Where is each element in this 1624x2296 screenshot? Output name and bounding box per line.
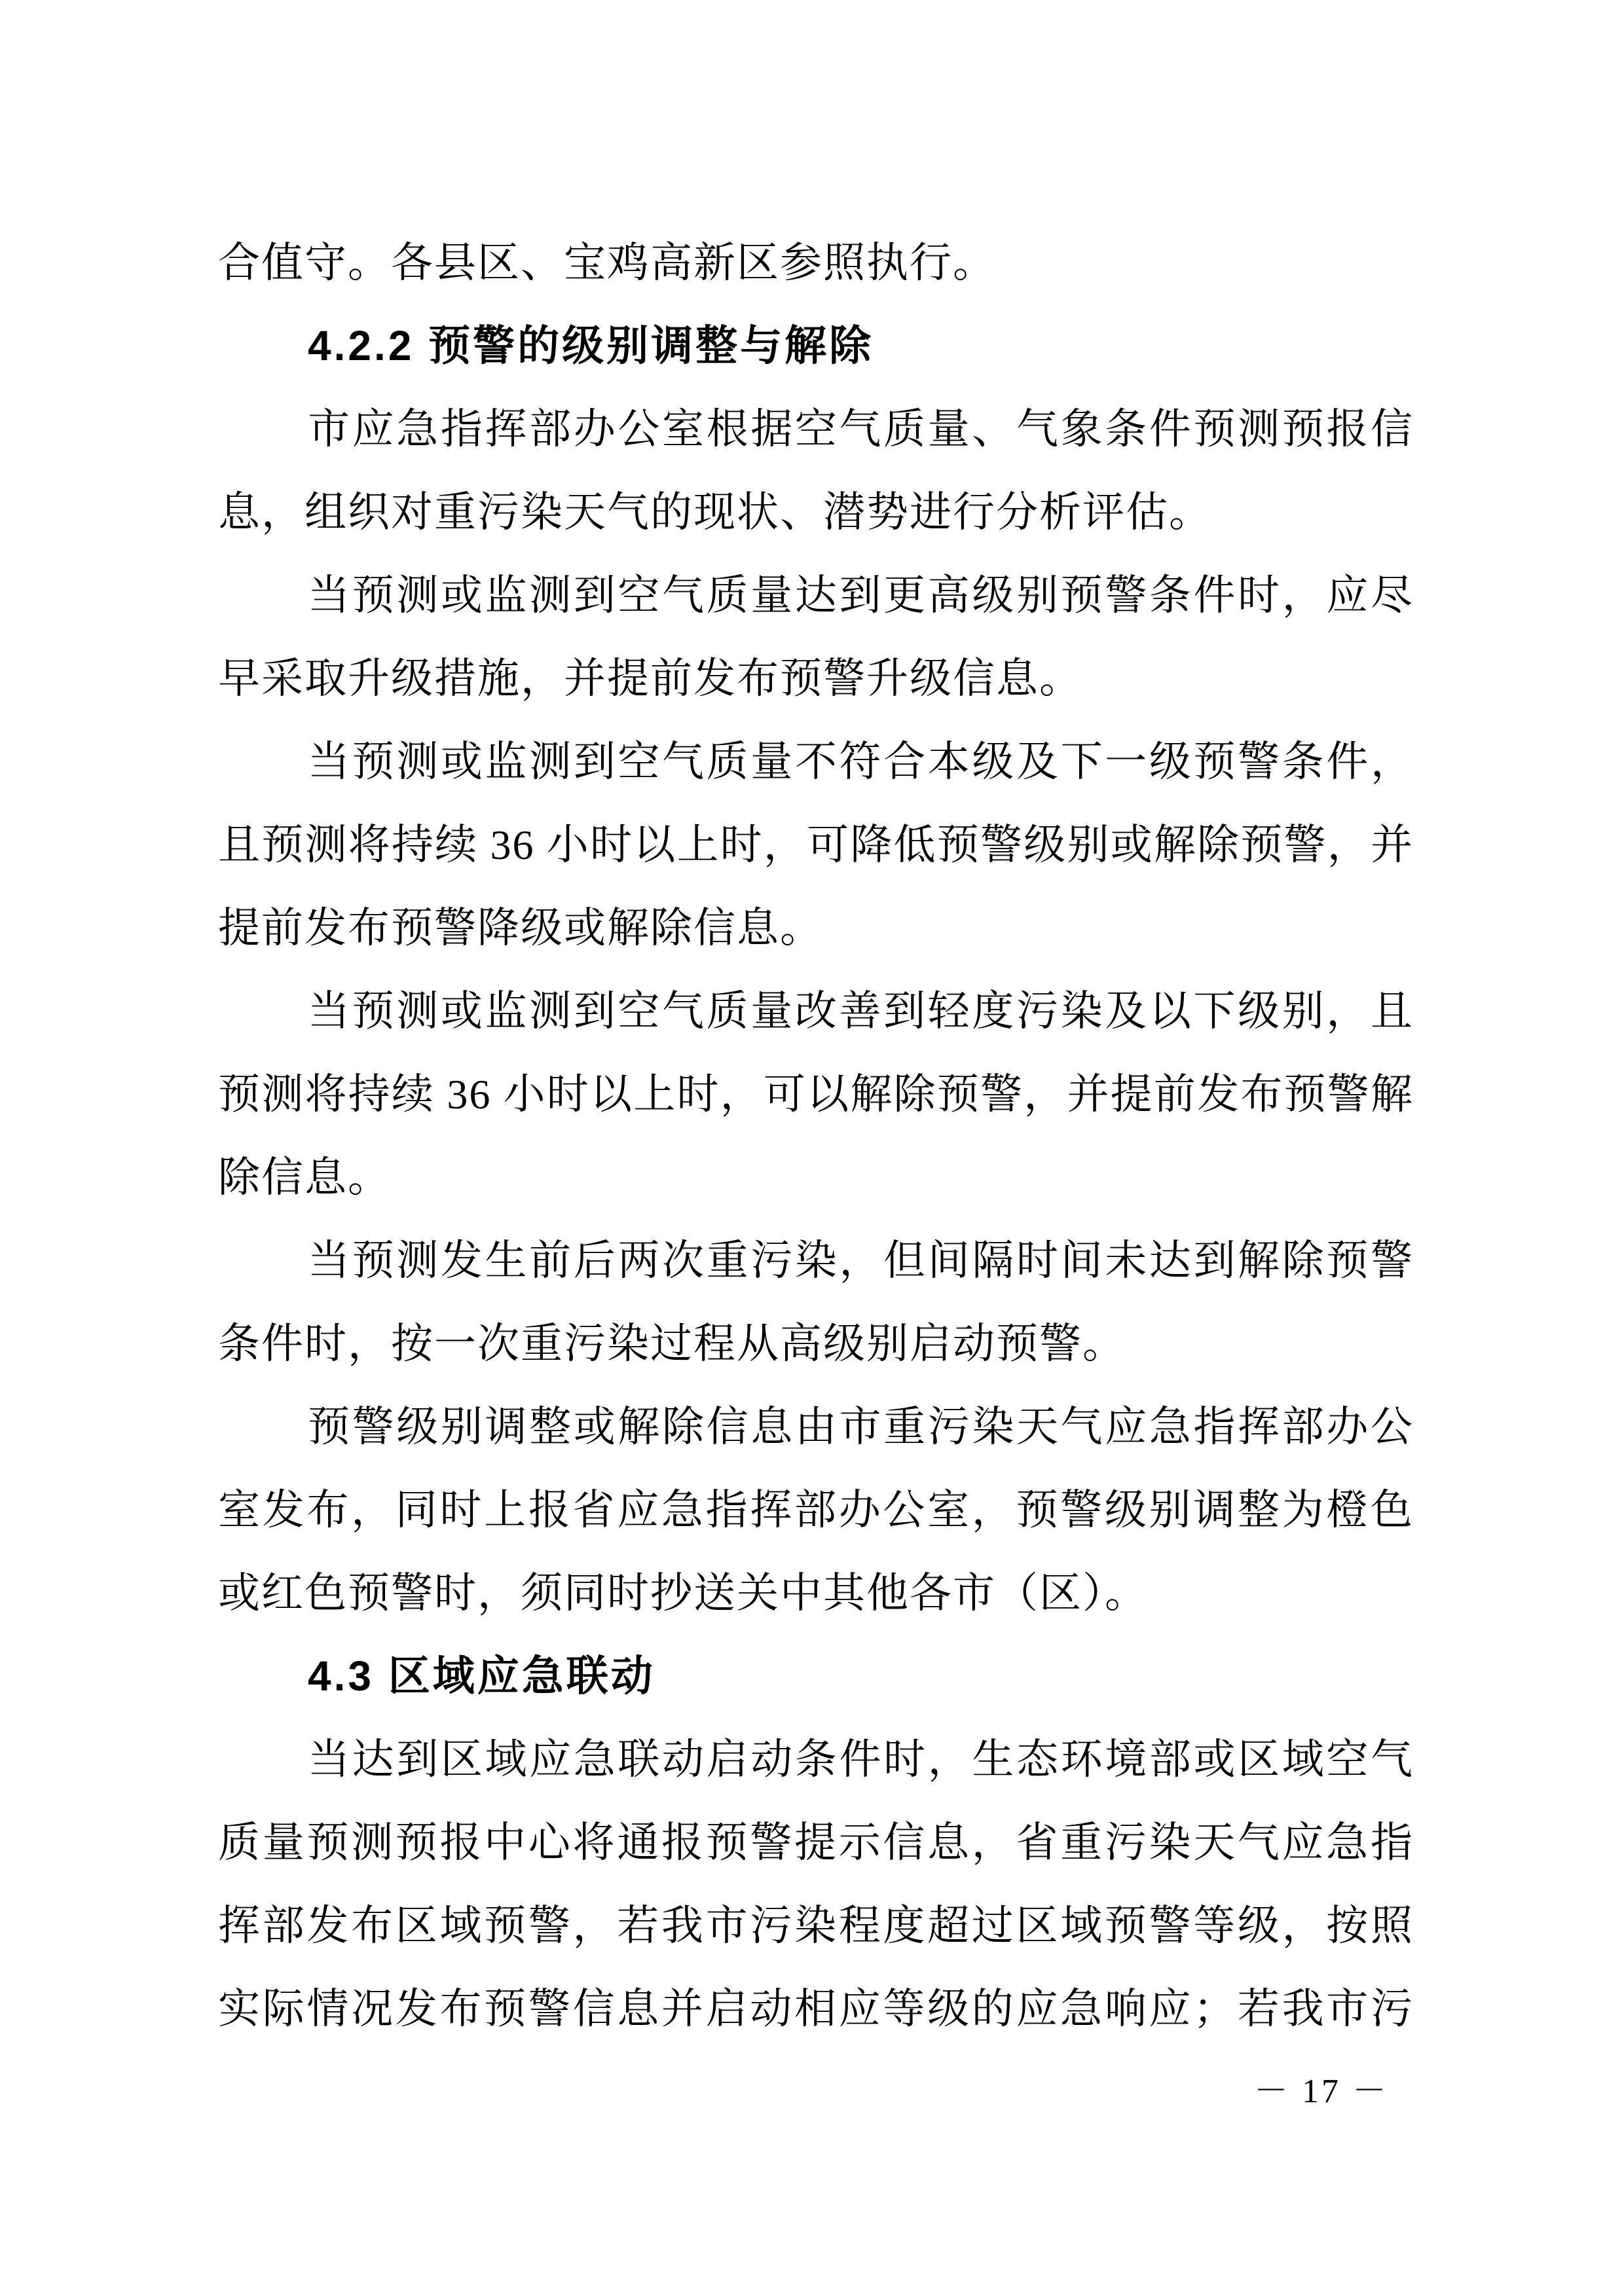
document-body: 合值守。各县区、宝鸡高新区参照执行。 4.2.2 预警的级别调整与解除 市应急指… xyxy=(218,221,1414,2050)
text-line: 且预测将持续 36 小时以上时，可降低预警级别或解除预警，并 xyxy=(218,803,1414,886)
page-number: － 17 － xyxy=(1254,2069,1389,2115)
text-line: 质量预测预报中心将通报预警提示信息，省重污染天气应急指 xyxy=(218,1801,1414,1884)
text-line: 预警级别调整或解除信息由市重污染天气应急指挥部办公 xyxy=(218,1385,1414,1468)
text-line: 合值守。各县区、宝鸡高新区参照执行。 xyxy=(218,221,1414,304)
text-line: 息，组织对重污染天气的现状、潜势进行分析评估。 xyxy=(218,471,1414,554)
text-line: 提前发布预警降级或解除信息。 xyxy=(218,886,1414,970)
text-line: 当预测发生前后两次重污染，但间隔时间未达到解除预警 xyxy=(218,1219,1414,1302)
section-heading-4-2-2: 4.2.2 预警的级别调整与解除 xyxy=(218,304,1414,388)
text-line: 预测将持续 36 小时以上时，可以解除预警，并提前发布预警解 xyxy=(218,1053,1414,1136)
text-line: 当预测或监测到空气质量不符合本级及下一级预警条件， xyxy=(218,720,1414,803)
text-line: 或红色预警时，须同时抄送关中其他各市（区）。 xyxy=(218,1552,1414,1635)
text-line: 当达到区域应急联动启动条件时，生态环境部或区域空气 xyxy=(218,1718,1414,1801)
document-page: 合值守。各县区、宝鸡高新区参照执行。 4.2.2 预警的级别调整与解除 市应急指… xyxy=(0,0,1624,2296)
text-line: 室发布，同时上报省应急指挥部办公室，预警级别调整为橙色 xyxy=(218,1468,1414,1552)
text-line: 除信息。 xyxy=(218,1136,1414,1219)
text-line: 市应急指挥部办公室根据空气质量、气象条件预测预报信 xyxy=(218,388,1414,471)
text-line: 挥部发布区域预警，若我市污染程度超过区域预警等级，按照 xyxy=(218,1884,1414,1967)
text-line: 当预测或监测到空气质量达到更高级别预警条件时，应尽 xyxy=(218,554,1414,637)
text-line: 实际情况发布预警信息并启动相应等级的应急响应；若我市污 xyxy=(218,1967,1414,2050)
text-line: 早采取升级措施，并提前发布预警升级信息。 xyxy=(218,637,1414,720)
text-line: 当预测或监测到空气质量改善到轻度污染及以下级别，且 xyxy=(218,970,1414,1053)
section-heading-4-3: 4.3 区域应急联动 xyxy=(218,1635,1414,1718)
text-line: 条件时，按一次重污染过程从高级别启动预警。 xyxy=(218,1302,1414,1385)
